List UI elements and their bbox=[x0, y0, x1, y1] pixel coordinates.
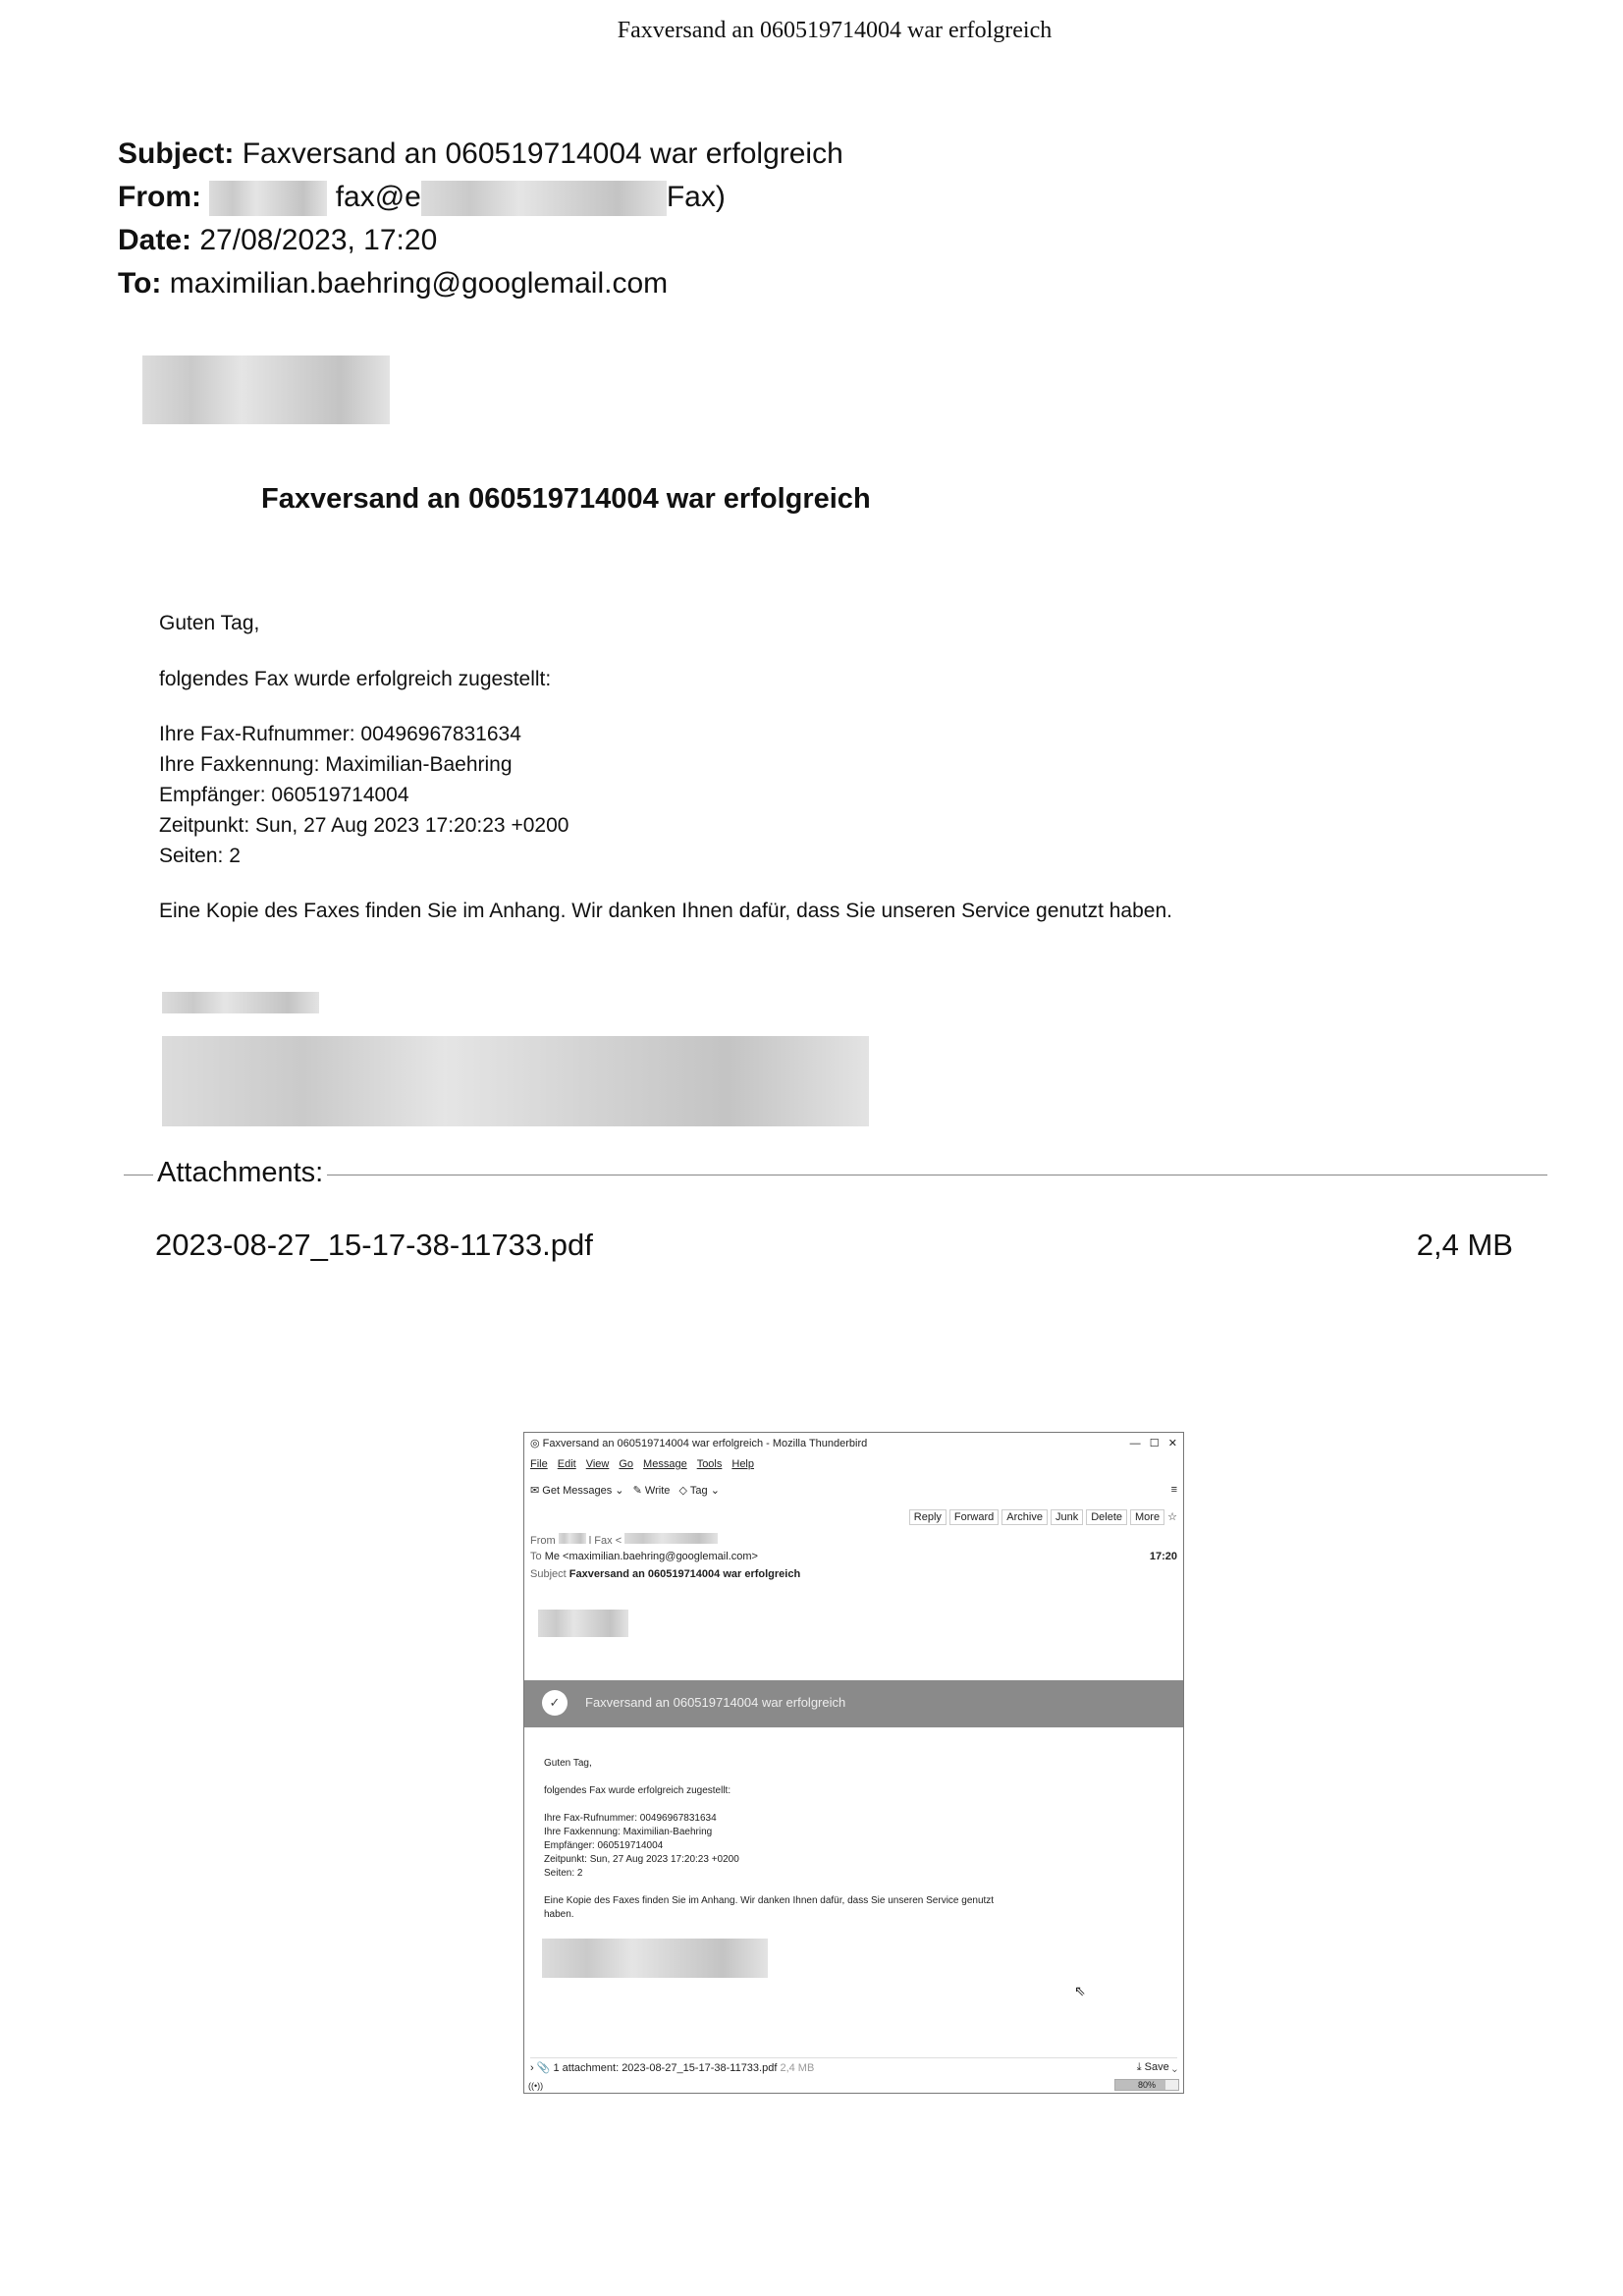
from-value: fax@e bbox=[336, 181, 421, 213]
toolbar: ✉ Get Messages ⌄ ✎ Write ◇ Tag ⌄≡ bbox=[530, 1484, 1177, 1497]
more-button[interactable]: More bbox=[1130, 1509, 1164, 1525]
detail-line: Ihre Fax-Rufnummer: 00496967831634 bbox=[159, 719, 568, 749]
archive-button[interactable]: Archive bbox=[1001, 1509, 1048, 1525]
tb-to-row: To Me <maximilian.baehring@googlemail.co… bbox=[530, 1551, 1177, 1562]
menu-help[interactable]: Help bbox=[731, 1458, 754, 1470]
star-icon[interactable]: ☆ bbox=[1167, 1511, 1177, 1523]
mouse-cursor-icon: ⇖ bbox=[1074, 1983, 1086, 1999]
to-value: maximilian.baehring@googlemail.com bbox=[170, 267, 668, 300]
tb-body-line: Ihre Fax-Rufnummer: 00496967831634 bbox=[544, 1812, 996, 1826]
menu-view[interactable]: View bbox=[586, 1458, 610, 1470]
detail-line: Empfänger: 060519714004 bbox=[159, 780, 568, 810]
tb-attachment-text[interactable]: 1 attachment: 2023-08-27_15-17-38-11733.… bbox=[553, 2062, 777, 2074]
activity-icon: ((•)) bbox=[528, 2081, 543, 2091]
junk-button[interactable]: Junk bbox=[1051, 1509, 1083, 1525]
tb-to-label: To bbox=[530, 1551, 542, 1562]
check-icon: ✓ bbox=[542, 1690, 568, 1716]
reply-button[interactable]: Reply bbox=[909, 1509, 947, 1525]
progress-label: 80% bbox=[1138, 2080, 1156, 2090]
get-messages-button[interactable]: Get Messages bbox=[542, 1485, 612, 1497]
print-title: Faxversand an 060519714004 war erfolgrei… bbox=[0, 18, 1623, 44]
tb-from-row: From l Fax < bbox=[530, 1533, 1177, 1547]
redacted-block bbox=[209, 181, 327, 216]
date-label: Date: bbox=[118, 224, 191, 256]
tb-subject-value: Faxversand an 060519714004 war erfolgrei… bbox=[569, 1568, 800, 1580]
redacted-block bbox=[624, 1533, 718, 1544]
date-value: 27/08/2023, 17:20 bbox=[199, 224, 437, 256]
from-row: From: fax@eFax) bbox=[118, 181, 726, 216]
from-value-end: Fax) bbox=[667, 181, 726, 213]
forward-button[interactable]: Forward bbox=[949, 1509, 999, 1525]
menu-message[interactable]: Message bbox=[643, 1458, 687, 1470]
redacted-block bbox=[559, 1533, 586, 1544]
redacted-signature bbox=[162, 992, 319, 1013]
date-row: Date: 27/08/2023, 17:20 bbox=[118, 224, 437, 257]
attachment-size: 2,4 MB bbox=[1417, 1228, 1513, 1263]
detail-line: Seiten: 2 bbox=[159, 841, 568, 871]
subject-value: Faxversand an 060519714004 war erfolgrei… bbox=[243, 137, 843, 170]
attachment-bar[interactable]: › 📎 1 attachment: 2023-08-27_15-17-38-11… bbox=[530, 2057, 1177, 2074]
menu-file[interactable]: File bbox=[530, 1458, 548, 1470]
tb-body-line: Eine Kopie des Faxes finden Sie im Anhan… bbox=[544, 1894, 996, 1922]
window-title: Faxversand an 060519714004 war erfolgrei… bbox=[543, 1438, 868, 1449]
success-banner: ✓Faxversand an 060519714004 war erfolgre… bbox=[524, 1680, 1183, 1727]
tb-attachment-size: 2,4 MB bbox=[780, 2062, 814, 2074]
tb-body-line: Zeitpunkt: Sun, 27 Aug 2023 17:20:23 +02… bbox=[544, 1853, 996, 1867]
tb-time: 17:20 bbox=[1150, 1551, 1177, 1562]
redacted-signature bbox=[162, 1036, 869, 1126]
tb-subject-label: Subject bbox=[530, 1568, 567, 1580]
subject-row: Subject: Faxversand an 060519714004 war … bbox=[118, 137, 843, 171]
menu-go[interactable]: Go bbox=[619, 1458, 633, 1470]
to-row: To: maximilian.baehring@googlemail.com bbox=[118, 267, 668, 301]
tb-body-line: Empfänger: 060519714004 bbox=[544, 1839, 996, 1853]
tb-subject-row: Subject Faxversand an 060519714004 war e… bbox=[530, 1568, 1177, 1580]
from-label: From: bbox=[118, 181, 201, 213]
greeting: Guten Tag, bbox=[159, 608, 259, 638]
write-button[interactable]: Write bbox=[645, 1485, 670, 1497]
save-label: Save bbox=[1145, 2061, 1169, 2073]
banner-text: Faxversand an 060519714004 war erfolgrei… bbox=[585, 1695, 845, 1710]
tb-from-value: l Fax < bbox=[589, 1535, 622, 1547]
subject-label: Subject: bbox=[118, 137, 234, 170]
tb-from-label: From bbox=[530, 1535, 556, 1547]
attachments-label: Attachments: bbox=[153, 1157, 327, 1189]
message-actions: ReplyForwardArchiveJunkDeleteMore ☆ bbox=[530, 1509, 1177, 1525]
divider bbox=[124, 1175, 1547, 1175]
thunderbird-screenshot: ◎ Faxversand an 060519714004 war erfolgr… bbox=[523, 1432, 1184, 2094]
tb-body-line: Ihre Faxkennung: Maximilian-Baehring bbox=[544, 1826, 996, 1839]
intro: folgendes Fax wurde erfolgreich zugestel… bbox=[159, 664, 551, 694]
tb-message-body: Guten Tag, folgendes Fax wurde erfolgrei… bbox=[544, 1757, 996, 1922]
redacted-block bbox=[421, 181, 667, 216]
detail-line: Ihre Faxkennung: Maximilian-Baehring bbox=[159, 749, 568, 780]
redacted-signature bbox=[542, 1939, 768, 1978]
to-label: To: bbox=[118, 267, 161, 300]
window-titlebar: ◎ Faxversand an 060519714004 war erfolgr… bbox=[530, 1437, 1177, 1449]
body-title: Faxversand an 060519714004 war erfolgrei… bbox=[261, 483, 871, 516]
menu-tools[interactable]: Tools bbox=[697, 1458, 723, 1470]
redacted-logo bbox=[538, 1610, 628, 1637]
menu-edit[interactable]: Edit bbox=[558, 1458, 576, 1470]
app-menu-icon[interactable]: ≡ bbox=[1171, 1484, 1177, 1496]
redacted-logo bbox=[142, 355, 390, 424]
menu-bar: FileEditViewGoMessageToolsHelp bbox=[530, 1458, 1177, 1470]
thunderbird-icon: ◎ bbox=[530, 1438, 540, 1449]
progress-bar: 80% bbox=[1114, 2079, 1179, 2091]
tag-button[interactable]: Tag bbox=[690, 1485, 708, 1497]
closing: Eine Kopie des Faxes finden Sie im Anhan… bbox=[159, 896, 1180, 926]
tb-to-value[interactable]: Me <maximilian.baehring@googlemail.com> bbox=[545, 1551, 758, 1562]
detail-line: Zeitpunkt: Sun, 27 Aug 2023 17:20:23 +02… bbox=[159, 810, 568, 841]
tb-body-line: folgendes Fax wurde erfolgreich zugestel… bbox=[544, 1784, 996, 1798]
attachment-filename[interactable]: 2023-08-27_15-17-38-11733.pdf bbox=[155, 1228, 593, 1263]
window-controls[interactable]: — ☐ ✕ bbox=[1130, 1437, 1177, 1449]
delete-button[interactable]: Delete bbox=[1086, 1509, 1127, 1525]
tb-body-line: Seiten: 2 bbox=[544, 1867, 996, 1881]
fax-details: Ihre Fax-Rufnummer: 00496967831634 Ihre … bbox=[159, 719, 568, 871]
tb-body-line: Guten Tag, bbox=[544, 1757, 996, 1771]
save-button[interactable]: ⤓ Save ⌄ bbox=[1137, 2061, 1177, 2074]
